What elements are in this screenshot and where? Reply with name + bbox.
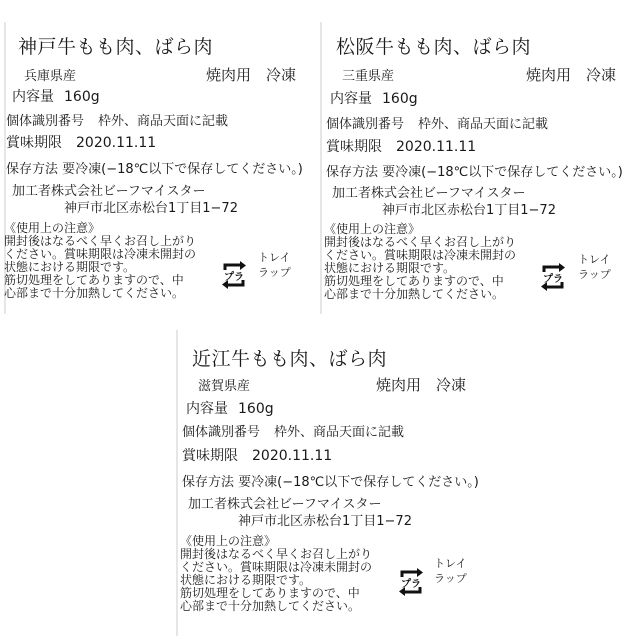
content-value: 160g [64, 89, 100, 105]
processor-name: 株式会社ビーフマイスター [371, 186, 525, 201]
id-label: 個体識別番号 [182, 425, 260, 440]
recycle-items: トレイ ラップ [578, 252, 611, 282]
expiry: 賞味期限2020.11.11 [326, 140, 476, 154]
individual-id: 個体識別番号枠外、商品天面に記載 [6, 115, 228, 128]
caution-line: 心部まで十分加熱してください。 [180, 600, 380, 613]
origin: 兵庫県産 [24, 70, 76, 83]
individual-id: 個体識別番号枠外、商品天面に記載 [326, 118, 548, 131]
caution-line: 心部まで十分加熱してください。 [4, 287, 204, 300]
content-amount: 内容量160g [330, 92, 418, 106]
label-matsusaka: 松阪牛もも肉、ばら肉 三重県産 焼肉用 冷凍 内容量160g 個体識別番号枠外、… [320, 22, 636, 314]
processor-label: 加工者 [332, 186, 371, 201]
processor-label: 加工者 [12, 184, 51, 199]
content-label: 内容量 [330, 91, 372, 107]
expiry: 賞味期限2020.11.11 [182, 449, 332, 463]
origin: 滋賀県産 [198, 380, 250, 393]
expiry-label: 賞味期限 [326, 139, 382, 155]
recycle-items: トレイ ラップ [258, 250, 291, 280]
svg-text:プラ: プラ [224, 270, 244, 283]
svg-text:プラ: プラ [543, 272, 563, 285]
recycle-item-wrap: ラップ [578, 267, 611, 282]
label-omi: 近江牛もも肉、ばら肉 滋賀県産 焼肉用 冷凍 内容量160g 個体識別番号枠外、… [176, 330, 476, 636]
recycle-item-tray: トレイ [578, 252, 611, 267]
content-label: 内容量 [186, 401, 228, 417]
product-title: 神戸牛もも肉、ばら肉 [18, 38, 213, 57]
storage: 保存方法 要冷凍(−18℃以下で保存してください。) [326, 166, 623, 179]
id-value: 枠外、商品天面に記載 [418, 117, 548, 132]
expiry-label: 賞味期限 [182, 448, 238, 464]
origin: 三重県産 [342, 70, 394, 83]
storage-label: 保存方法 [182, 475, 234, 490]
processor: 加工者株式会社ビーフマイスター [332, 187, 525, 200]
recycle-item-tray: トレイ [434, 556, 467, 571]
storage-value: 要冷凍(−18℃以下で保存してください。) [62, 162, 303, 177]
label-edge [320, 22, 322, 314]
storage-label: 保存方法 [6, 162, 58, 177]
content-value: 160g [382, 91, 418, 107]
storage: 保存方法 要冷凍(−18℃以下で保存してください。) [182, 476, 479, 489]
recycle-item-wrap: ラップ [434, 571, 467, 586]
caution-block: 《使用上の注意》 開封後はなるべく早くお召し上がり ください。賞味期限は冷凍未開… [180, 535, 380, 613]
content-label: 内容量 [12, 89, 54, 105]
processor: 加工者株式会社ビーフマイスター [188, 498, 381, 511]
caution-block: 《使用上の注意》 開封後はなるべく早くお召し上がり ください。賞味期限は冷凍未開… [324, 223, 524, 301]
svg-text:プラ: プラ [401, 577, 421, 590]
processor-address: 神戸市北区赤松台1丁目1−72 [238, 515, 412, 528]
caution-line: 心部まで十分加熱してください。 [324, 288, 524, 301]
storage: 保存方法 要冷凍(−18℃以下で保存してください。) [6, 163, 303, 176]
content-amount: 内容量160g [186, 402, 274, 416]
processor-name: 株式会社ビーフマイスター [227, 497, 381, 512]
individual-id: 個体識別番号枠外、商品天面に記載 [182, 426, 404, 439]
processor: 加工者株式会社ビーフマイスター [12, 185, 205, 198]
expiry-label: 賞味期限 [6, 135, 62, 151]
storage-value: 要冷凍(−18℃以下で保存してください。) [382, 165, 623, 180]
storage-value: 要冷凍(−18℃以下で保存してください。) [238, 475, 479, 490]
usage: 焼肉用 冷凍 [376, 378, 466, 393]
plastic-recycle-icon: プラ [219, 260, 249, 290]
label-edge [176, 330, 178, 636]
expiry-value: 2020.11.11 [76, 135, 156, 151]
plastic-recycle-icon: プラ [396, 567, 426, 597]
expiry-value: 2020.11.11 [396, 139, 476, 155]
caution-block: 《使用上の注意》 開封後はなるべく早くお召し上がり ください。賞味期限は冷凍未開… [4, 222, 204, 300]
expiry: 賞味期限2020.11.11 [6, 136, 156, 150]
processor-label: 加工者 [188, 497, 227, 512]
processor-address: 神戸市北区赤松台1丁目1−72 [64, 202, 238, 215]
id-value: 枠外、商品天面に記載 [274, 425, 404, 440]
recycle-items: トレイ ラップ [434, 556, 467, 586]
label-kobe: 神戸牛もも肉、ばら肉 兵庫県産 焼肉用 冷凍 内容量160g 個体識別番号枠外、… [4, 22, 304, 314]
usage: 焼肉用 冷凍 [206, 68, 296, 83]
plastic-recycle-icon: プラ [538, 262, 568, 292]
product-title: 近江牛もも肉、ばら肉 [192, 350, 387, 369]
content-amount: 内容量160g [12, 90, 100, 104]
id-label: 個体識別番号 [6, 114, 84, 129]
id-value: 枠外、商品天面に記載 [98, 114, 228, 129]
product-title: 松阪牛もも肉、ばら肉 [336, 38, 531, 57]
id-label: 個体識別番号 [326, 117, 404, 132]
content-value: 160g [238, 401, 274, 417]
recycle-item-tray: トレイ [258, 250, 291, 265]
expiry-value: 2020.11.11 [252, 448, 332, 464]
storage-label: 保存方法 [326, 165, 378, 180]
processor-name: 株式会社ビーフマイスター [51, 184, 205, 199]
processor-address: 神戸市北区赤松台1丁目1−72 [382, 204, 556, 217]
recycle-item-wrap: ラップ [258, 265, 291, 280]
usage: 焼肉用 冷凍 [526, 68, 616, 83]
